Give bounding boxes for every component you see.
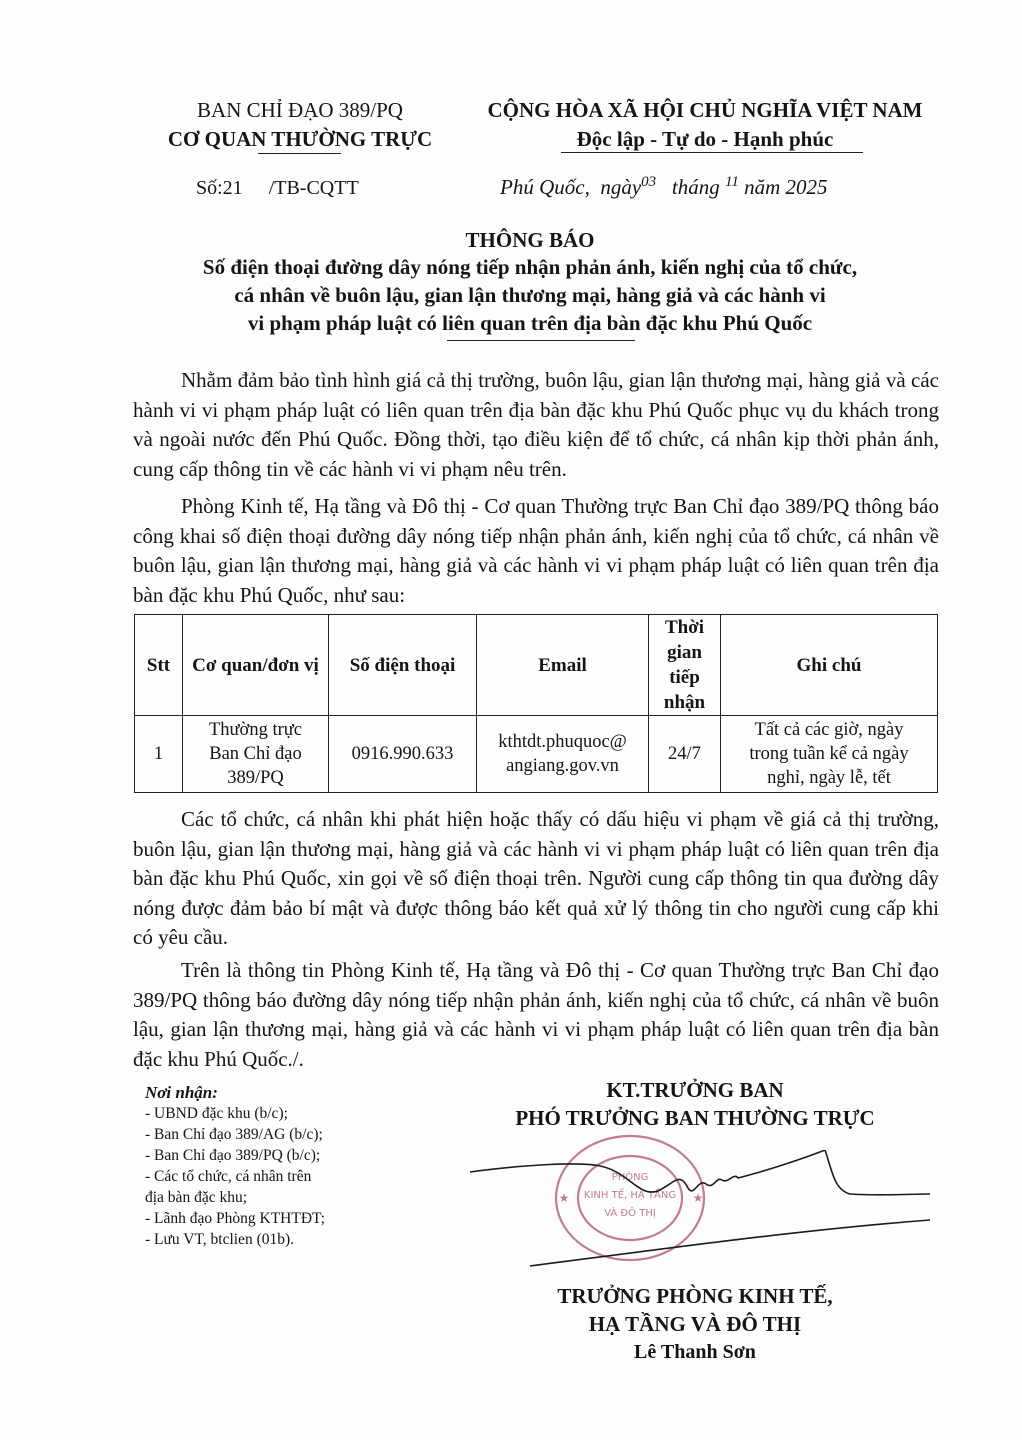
signer-title-2: HẠ TẦNG VÀ ĐÔ THỊ	[470, 1310, 920, 1338]
col-agency: Cơ quan/đơn vị	[183, 615, 329, 716]
agency-line1: BAN CHỈ ĐẠO 389/PQ	[140, 96, 460, 125]
col-stt: Stt	[135, 615, 183, 716]
cell-time: 24/7	[649, 716, 721, 793]
table-header-row: Stt Cơ quan/đơn vị Số điện thoại Email T…	[135, 615, 938, 716]
recipient-item: - Ban Chỉ đạo 389/PQ (b/c);	[145, 1145, 325, 1166]
national-motto: CỘNG HÒA XÃ HỘI CHỦ NGHĨA VIỆT NAM Độc l…	[470, 96, 940, 154]
table-row: 1 Thường trực Ban Chỉ đạo 389/PQ 0916.99…	[135, 716, 938, 793]
recipient-item: - Lãnh đạo Phòng KTHTĐT;	[145, 1208, 325, 1229]
col-notes: Ghi chú	[721, 615, 938, 716]
recipient-item: địa bàn đặc khu;	[145, 1187, 325, 1208]
recipient-item: - Các tổ chức, cá nhân trên	[145, 1166, 325, 1187]
recipient-item: - Ban Chỉ đạo 389/AG (b/c);	[145, 1124, 325, 1145]
document-subtitle: Số điện thoại đường dây nóng tiếp nhận p…	[100, 253, 960, 337]
nation-line1: CỘNG HÒA XÃ HỘI CHỦ NGHĨA VIỆT NAM	[470, 96, 940, 125]
document-date: Phú Quốc, ngày03 tháng 11 năm 2025	[500, 174, 828, 200]
agency-underline	[258, 153, 341, 154]
recipient-item: - Lưu VT, btclien (01b).	[145, 1229, 325, 1250]
title-underline	[447, 340, 635, 341]
handwritten-signature-icon	[470, 1150, 930, 1270]
hotline-table: Stt Cơ quan/đơn vị Số điện thoại Email T…	[134, 614, 938, 793]
paragraph-1: Nhằm đảm bảo tình hình giá cả thị trường…	[133, 366, 939, 484]
signature-authority: KT.TRƯỞNG BAN PHÓ TRƯỞNG BAN THƯỜNG TRỰC	[470, 1076, 920, 1132]
cell-stt: 1	[135, 716, 183, 793]
col-phone: Số điện thoại	[329, 615, 477, 716]
signer-block: TRƯỞNG PHÒNG KINH TẾ, HẠ TẦNG VÀ ĐÔ THỊ …	[470, 1282, 920, 1366]
paragraph-4: Trên là thông tin Phòng Kinh tế, Hạ tầng…	[133, 956, 939, 1074]
cell-agency: Thường trực Ban Chỉ đạo 389/PQ	[183, 716, 329, 793]
agency-line2: CƠ QUAN THƯỜNG TRỰC	[140, 125, 460, 154]
col-email: Email	[477, 615, 649, 716]
motto-underline	[561, 152, 863, 153]
col-time: Thời gian tiếp nhận	[649, 615, 721, 716]
paragraph-3: Các tổ chức, cá nhân khi phát hiện hoặc …	[133, 805, 939, 953]
signer-name: Lê Thanh Sơn	[470, 1338, 920, 1366]
cell-notes: Tất cả các giờ, ngày trong tuần kể cả ng…	[721, 716, 938, 793]
cell-phone: 0916.990.633	[329, 716, 477, 793]
recipients-heading: Nơi nhận:	[145, 1082, 325, 1103]
signer-title-1: TRƯỞNG PHÒNG KINH TẾ,	[470, 1282, 920, 1310]
document-title: THÔNG BÁO	[100, 226, 960, 254]
nation-line2: Độc lập - Tự do - Hạnh phúc	[470, 125, 940, 154]
issuing-agency: BAN CHỈ ĐẠO 389/PQ CƠ QUAN THƯỜNG TRỰC	[140, 96, 460, 154]
paragraph-2: Phòng Kinh tế, Hạ tầng và Đô thị - Cơ qu…	[133, 492, 939, 610]
cell-email[interactable]: kthtdt.phuquoc@ angiang.gov.vn	[477, 716, 649, 793]
recipient-item: - UBND đặc khu (b/c);	[145, 1103, 325, 1124]
document-number: Số:21/TB-CQTT	[196, 177, 359, 200]
recipients-list: Nơi nhận: - UBND đặc khu (b/c); - Ban Ch…	[145, 1082, 325, 1250]
